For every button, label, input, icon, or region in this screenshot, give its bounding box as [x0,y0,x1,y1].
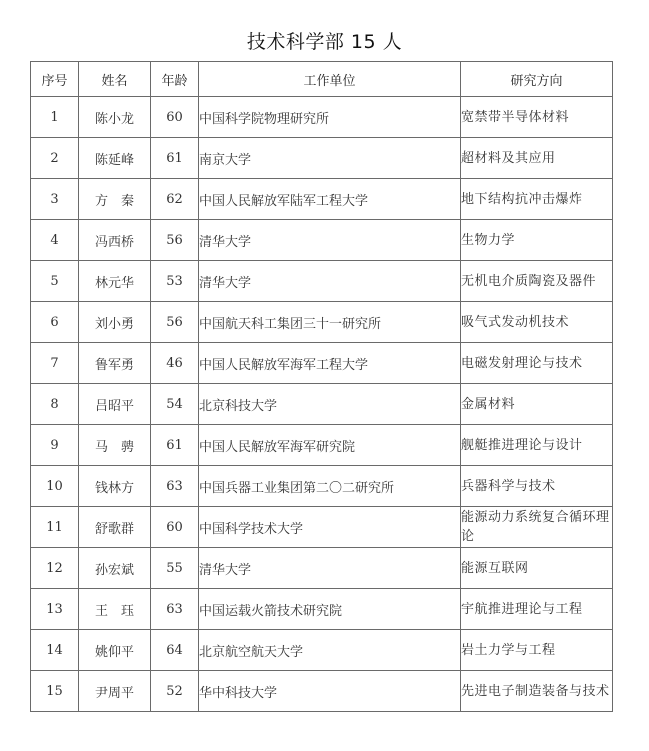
cell-index: 1 [31,97,79,138]
table-row: 5 林元华 53 清华大学 无机电介质陶瓷及器件 [31,261,613,302]
table-row: 8 吕昭平 54 北京科技大学 金属材料 [31,384,613,425]
table-row: 13 王 珏 63 中国运载火箭技术研究院 宇航推进理论与工程 [31,589,613,630]
cell-employer: 中国运载火箭技术研究院 [199,589,461,630]
header-age: 年龄 [151,62,199,97]
table-row: 3 方 秦 62 中国人民解放军陆军工程大学 地下结构抗冲击爆炸 [31,179,613,220]
cell-name: 方 秦 [79,179,151,220]
cell-name: 刘小勇 [79,302,151,343]
cell-employer: 中国人民解放军海军工程大学 [199,343,461,384]
cell-employer: 清华大学 [199,548,461,589]
cell-index: 11 [31,507,79,548]
cell-employer: 中国兵器工业集团第二〇二研究所 [199,466,461,507]
cell-research: 兵器科学与技术 [461,466,613,507]
cell-name: 尹周平 [79,671,151,712]
table-row: 1 陈小龙 60 中国科学院物理研究所 宽禁带半导体材料 [31,97,613,138]
cell-employer: 中国科学院物理研究所 [199,97,461,138]
cell-research: 生物力学 [461,220,613,261]
table-header-row: 序号 姓名 年龄 工作单位 研究方向 [31,62,613,97]
cell-employer: 中国科学技术大学 [199,507,461,548]
cell-research: 地下结构抗冲击爆炸 [461,179,613,220]
table-row: 14 姚仰平 64 北京航空航天大学 岩土力学与工程 [31,630,613,671]
cell-age: 52 [151,671,199,712]
cell-index: 8 [31,384,79,425]
cell-index: 4 [31,220,79,261]
cell-research: 电磁发射理论与技术 [461,343,613,384]
cell-index: 15 [31,671,79,712]
cell-name: 姚仰平 [79,630,151,671]
cell-age: 64 [151,630,199,671]
cell-age: 62 [151,179,199,220]
cell-research: 岩土力学与工程 [461,630,613,671]
cell-index: 13 [31,589,79,630]
table-row: 11 舒歌群 60 中国科学技术大学 能源动力系统复合循环理论 [31,507,613,548]
header-employer: 工作单位 [199,62,461,97]
cell-research: 舰艇推进理论与设计 [461,425,613,466]
cell-employer: 南京大学 [199,138,461,179]
cell-research: 能源互联网 [461,548,613,589]
cell-name: 王 珏 [79,589,151,630]
cell-index: 10 [31,466,79,507]
cell-name: 舒歌群 [79,507,151,548]
cell-employer: 中国人民解放军海军研究院 [199,425,461,466]
cell-index: 14 [31,630,79,671]
cell-research: 宇航推进理论与工程 [461,589,613,630]
cell-age: 60 [151,507,199,548]
cell-employer: 清华大学 [199,261,461,302]
cell-employer: 北京科技大学 [199,384,461,425]
cell-age: 63 [151,589,199,630]
cell-research: 金属材料 [461,384,613,425]
cell-age: 54 [151,384,199,425]
academician-table: 序号 姓名 年龄 工作单位 研究方向 1 陈小龙 60 中国科学院物理研究所 宽… [30,61,613,712]
cell-age: 46 [151,343,199,384]
cell-name: 孙宏斌 [79,548,151,589]
table-row: 2 陈延峰 61 南京大学 超材料及其应用 [31,138,613,179]
cell-employer: 北京航空航天大学 [199,630,461,671]
cell-name: 冯西桥 [79,220,151,261]
cell-employer: 中国人民解放军陆军工程大学 [199,179,461,220]
cell-index: 7 [31,343,79,384]
table-row: 4 冯西桥 56 清华大学 生物力学 [31,220,613,261]
cell-name: 林元华 [79,261,151,302]
cell-research: 超材料及其应用 [461,138,613,179]
cell-age: 61 [151,138,199,179]
cell-name: 鲁军勇 [79,343,151,384]
cell-employer: 中国航天科工集团三十一研究所 [199,302,461,343]
table-row: 6 刘小勇 56 中国航天科工集团三十一研究所 吸气式发动机技术 [31,302,613,343]
header-research: 研究方向 [461,62,613,97]
cell-age: 56 [151,302,199,343]
cell-name: 钱林方 [79,466,151,507]
cell-age: 60 [151,97,199,138]
cell-research: 宽禁带半导体材料 [461,97,613,138]
table-row: 10 钱林方 63 中国兵器工业集团第二〇二研究所 兵器科学与技术 [31,466,613,507]
header-index: 序号 [31,62,79,97]
cell-index: 2 [31,138,79,179]
cell-age: 63 [151,466,199,507]
cell-age: 53 [151,261,199,302]
table-row: 15 尹周平 52 华中科技大学 先进电子制造装备与技术 [31,671,613,712]
cell-employer: 清华大学 [199,220,461,261]
cell-research: 先进电子制造装备与技术 [461,671,613,712]
cell-name: 吕昭平 [79,384,151,425]
document-title: 技术科学部 15 人 [0,28,649,56]
cell-name: 陈延峰 [79,138,151,179]
cell-index: 9 [31,425,79,466]
header-name: 姓名 [79,62,151,97]
cell-index: 12 [31,548,79,589]
cell-age: 55 [151,548,199,589]
cell-index: 5 [31,261,79,302]
cell-index: 6 [31,302,79,343]
cell-name: 马 骋 [79,425,151,466]
cell-employer: 华中科技大学 [199,671,461,712]
cell-research: 吸气式发动机技术 [461,302,613,343]
cell-age: 56 [151,220,199,261]
cell-index: 3 [31,179,79,220]
cell-name: 陈小龙 [79,97,151,138]
cell-research: 能源动力系统复合循环理论 [461,507,613,548]
table-row: 7 鲁军勇 46 中国人民解放军海军工程大学 电磁发射理论与技术 [31,343,613,384]
cell-research: 无机电介质陶瓷及器件 [461,261,613,302]
cell-age: 61 [151,425,199,466]
table-row: 12 孙宏斌 55 清华大学 能源互联网 [31,548,613,589]
table-row: 9 马 骋 61 中国人民解放军海军研究院 舰艇推进理论与设计 [31,425,613,466]
